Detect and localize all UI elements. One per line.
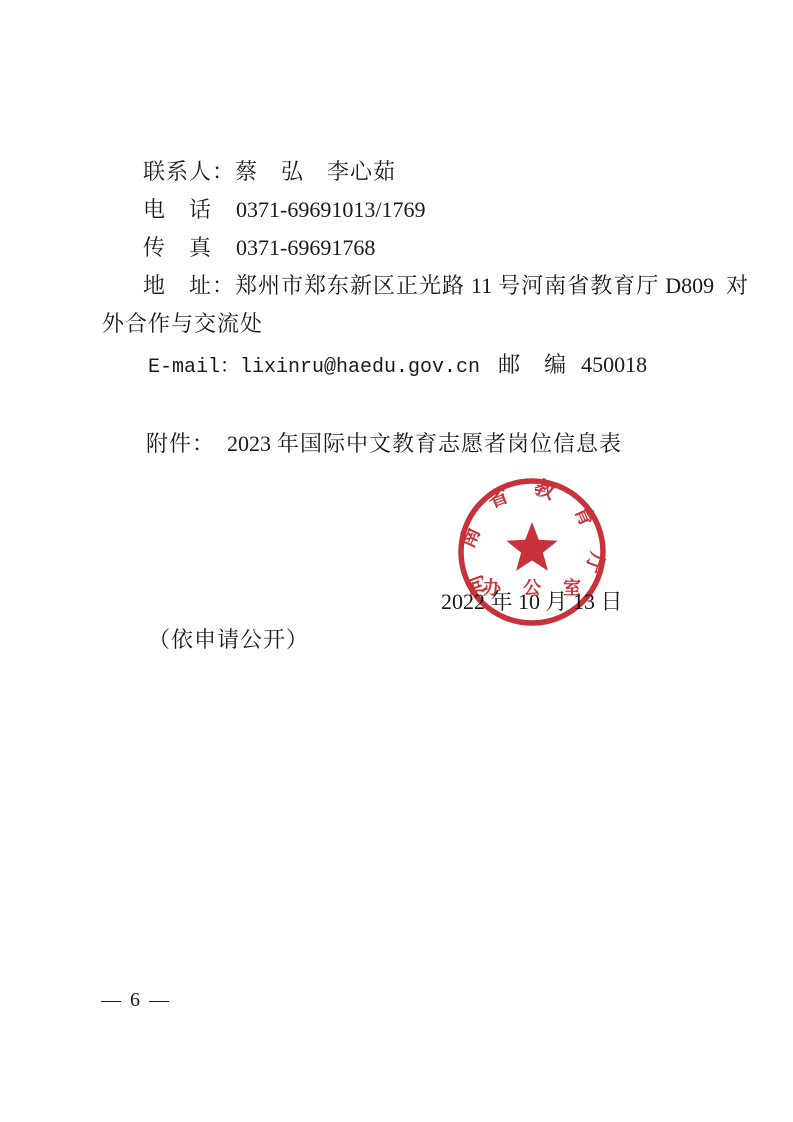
phone-value: 0371-69691013/1769 bbox=[236, 197, 425, 222]
address-street-number: 11 bbox=[471, 273, 492, 298]
postal-code-value: 450018 bbox=[581, 352, 647, 377]
phone-line: 电 话0371-69691013/1769 bbox=[143, 196, 425, 224]
fax-value: 0371-69691768 bbox=[236, 235, 375, 260]
seal-star-icon bbox=[506, 522, 557, 571]
official-seal: 河南省教育厅 办公室 bbox=[456, 476, 608, 628]
document-page: 联系人：蔡 弘 李心茹 电 话0371-69691013/1769 传 真037… bbox=[0, 0, 793, 1122]
disclosure-note-text: （依申请公开） bbox=[148, 627, 309, 652]
page-number: — 6 — bbox=[101, 988, 169, 1013]
attachment-title: 年国际中文教育志愿者岗位信息表 bbox=[277, 431, 622, 456]
address-text-2: 号河南省教育厅 bbox=[498, 273, 659, 298]
attachment-label: 附件： bbox=[146, 431, 215, 456]
seal-bottom-text: 办公室 bbox=[483, 577, 603, 598]
address-line-2: 外合作与交流处 bbox=[102, 310, 263, 338]
address-room-number: D809 bbox=[665, 273, 714, 298]
email-value: lixinru@haedu.gov.cn bbox=[240, 356, 480, 379]
address-label: 地 址： bbox=[143, 273, 235, 298]
disclosure-note: （依申请公开） bbox=[148, 626, 309, 654]
attachment-line: 附件：2023年国际中文教育志愿者岗位信息表 bbox=[146, 430, 622, 458]
contact-label: 联系人： bbox=[143, 159, 235, 184]
address-line-1: 地 址：郑州市郑东新区正光路11号河南省教育厅D809对 bbox=[143, 272, 749, 300]
attachment-number: 2023 bbox=[227, 431, 271, 456]
address-text-3: 对 bbox=[726, 273, 749, 298]
address-line-2-text: 外合作与交流处 bbox=[102, 311, 263, 336]
fax-label: 传 真 bbox=[143, 235, 212, 260]
email-label: E-mail： bbox=[148, 356, 240, 379]
page-number-text: — 6 — bbox=[101, 989, 169, 1011]
address-text-1: 郑州市郑东新区正光路 bbox=[235, 273, 465, 298]
contact-names: 蔡 弘 李心茹 bbox=[235, 159, 396, 184]
fax-line: 传 真0371-69691768 bbox=[143, 234, 375, 262]
email-line: E-mail：lixinru@haedu.gov.cn邮 编450018 bbox=[148, 351, 647, 380]
phone-label: 电 话 bbox=[143, 197, 212, 222]
postal-code-label: 邮 编 bbox=[498, 352, 567, 377]
contact-line: 联系人：蔡 弘 李心茹 bbox=[143, 158, 396, 186]
